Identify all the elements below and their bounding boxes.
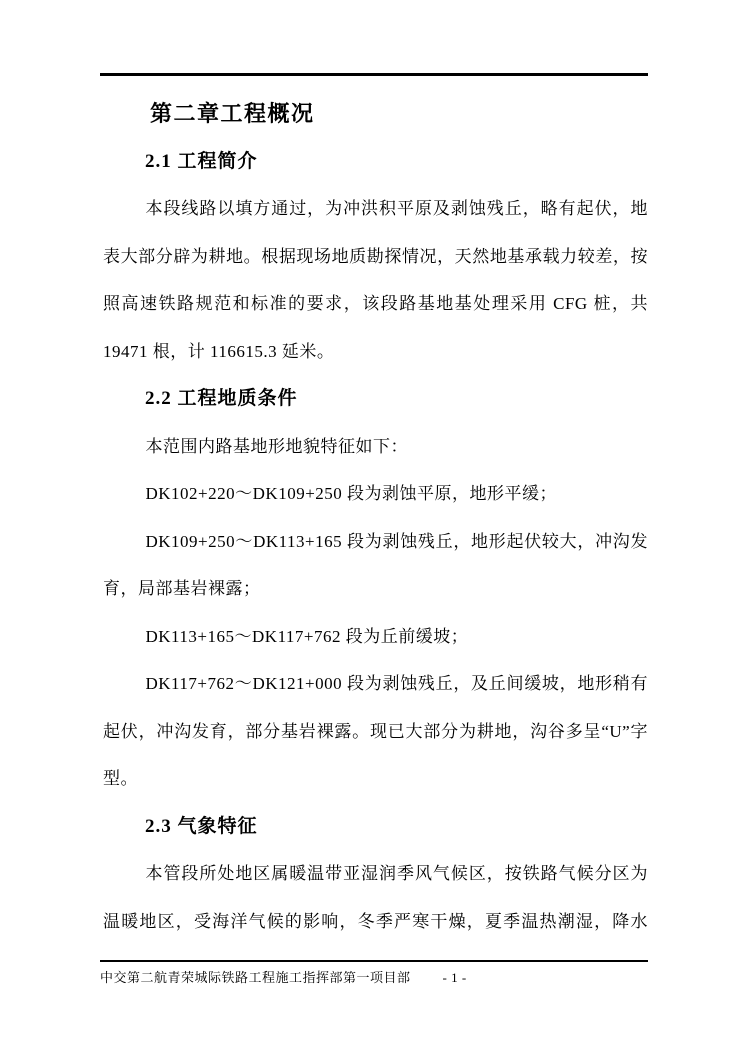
- footer-company-name: 中交第二航青荣城际铁路工程施工指挥部第一项目部: [100, 967, 411, 986]
- paragraph-project-intro: 本段线路以填方通过，为冲洪积平原及剥蚀残丘，略有起伏，地表大部分辟为耕地。根据现…: [103, 185, 648, 375]
- header-rule: [100, 73, 648, 76]
- paragraph-segment-dk113: DK113+165～DK117+762 段为丘前缓坡；: [103, 613, 648, 661]
- paragraph-climate: 本管段所处地区属暖温带亚湿润季风气候区，按铁路气候分区为温暖地区，受海洋气候的影…: [103, 850, 648, 945]
- page-number: - 1 -: [443, 970, 467, 986]
- footer-row: 中交第二航青荣城际铁路工程施工指挥部第一项目部 - 1 -: [100, 962, 648, 986]
- section-heading-2-1: 2.1 工程简介: [145, 138, 648, 186]
- paragraph-segment-dk102: DK102+220～DK109+250 段为剥蚀平原，地形平缓；: [103, 470, 648, 518]
- chapter-title: 第二章工程概况: [150, 90, 648, 138]
- page-footer: 中交第二航青荣城际铁路工程施工指挥部第一项目部 - 1 -: [100, 960, 648, 986]
- paragraph-segment-dk109: DK109+250～DK113+165 段为剥蚀残丘，地形起伏较大，冲沟发育，局…: [103, 518, 648, 613]
- section-heading-2-3: 2.3 气象特征: [145, 803, 648, 851]
- paragraph-geology-lead: 本范围内路基地形地貌特征如下：: [103, 423, 648, 471]
- section-heading-2-2: 2.2 工程地质条件: [145, 375, 648, 423]
- document-page: 第二章工程概况 2.1 工程简介 本段线路以填方通过，为冲洪积平原及剥蚀残丘，略…: [0, 0, 744, 1052]
- paragraph-segment-dk117: DK117+762～DK121+000 段为剥蚀残丘，及丘间缓坡，地形稍有起伏，…: [103, 660, 648, 803]
- document-content: 第二章工程概况 2.1 工程简介 本段线路以填方通过，为冲洪积平原及剥蚀残丘，略…: [103, 90, 648, 945]
